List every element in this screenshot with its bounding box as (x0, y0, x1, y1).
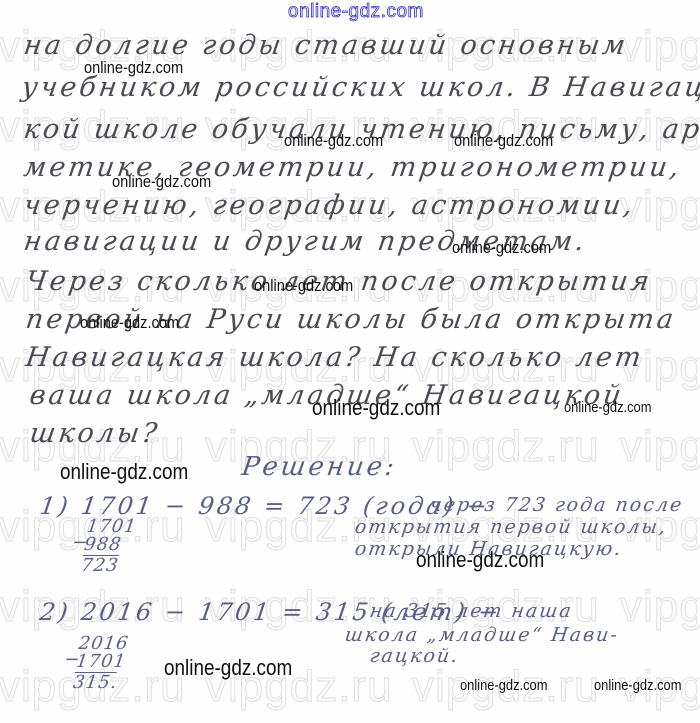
site-watermark: online-gdz.com (594, 677, 681, 694)
site-watermark: online-gdz.com (164, 655, 292, 681)
step2-text-line: гацкой. (368, 645, 460, 667)
site-watermark: online-gdz.com (60, 459, 188, 485)
site-watermark: online-gdz.com (112, 172, 211, 192)
site-watermark: online-gdz.com (460, 677, 547, 694)
site-watermark: online-gdz.com (284, 131, 383, 151)
step2-text-line: на 315 лет наша (368, 600, 574, 622)
solution-heading: Решение: (240, 452, 399, 482)
site-watermark: online-gdz.com (452, 238, 551, 258)
site-watermark: online-gdz.com (416, 547, 544, 573)
question-line: школы? (28, 418, 162, 449)
site-watermark: online-gdz.com (80, 313, 179, 333)
difference: 723 (80, 557, 132, 575)
step2-column-subtraction: − 2016 1701 315. (72, 635, 130, 692)
background-watermark: vipgdz.ru (620, 22, 700, 72)
question-line: на долгие годы ставший основным (22, 30, 630, 61)
background-watermark: vipgdz.ru (620, 582, 700, 632)
minus-sign: − (63, 651, 82, 669)
site-watermark: online-gdz.com (564, 399, 651, 416)
question-line: черчению, географии, астрономии, (22, 190, 637, 221)
subtrahend: 988 (83, 536, 135, 554)
step1-text-line: через 723 года после (428, 494, 684, 516)
background-watermark: vipgdz.ru (412, 422, 600, 472)
question-line: Навигацкая школа? На сколько лет (24, 342, 646, 373)
difference: 315. (72, 674, 124, 692)
site-watermark: online-gdz.com (254, 276, 353, 296)
site-watermark: online-gdz.com (312, 395, 440, 421)
top-watermark: online-gdz.com (288, 1, 424, 23)
site-watermark: online-gdz.com (84, 58, 183, 78)
site-watermark: online-gdz.com (454, 131, 553, 151)
subtrahend: 1701 (75, 653, 127, 671)
homework-page: vipgdz.ruvipgdz.ruvipgdz.ruvipgdz.ruvipg… (0, 0, 700, 723)
step1-text-line: открытия первой школы, (353, 516, 668, 538)
step2-text-line: школа „младше“ Нави- (343, 624, 620, 646)
step1-column-subtraction: − 1701 988 723 (80, 518, 138, 575)
minus-sign: − (71, 534, 90, 552)
background-watermark: vipgdz.ru (620, 422, 700, 472)
